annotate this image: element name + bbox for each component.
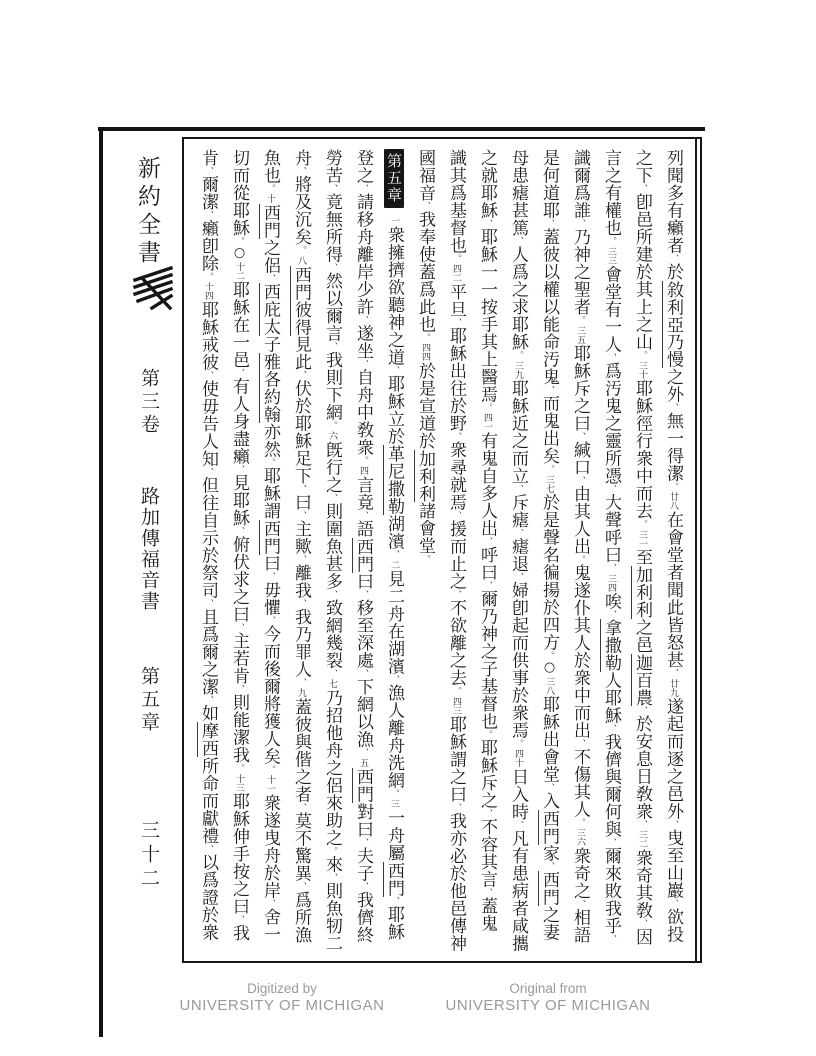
chapter-heading-box: 第五章 bbox=[384, 149, 404, 208]
verse-number: 八 bbox=[296, 256, 306, 265]
verse-number: 四 bbox=[358, 466, 368, 475]
scan-edge-top bbox=[98, 127, 705, 131]
verse-number: 三 bbox=[389, 799, 399, 808]
proper-name: 約翰 bbox=[259, 388, 280, 423]
verse-number: 三三 bbox=[606, 247, 616, 265]
scan-edge-left bbox=[99, 127, 103, 1037]
verse-number: 四一 bbox=[482, 413, 492, 431]
proper-name: 乃慢 bbox=[662, 333, 683, 368]
verse-number: 五 bbox=[358, 758, 368, 767]
verse-number: 三一 bbox=[637, 530, 647, 548]
verse-number: 四四 bbox=[420, 343, 430, 361]
verse-number: 九 bbox=[296, 688, 306, 697]
verse-number: 三四 bbox=[606, 574, 616, 592]
verse-number: 三八 bbox=[544, 677, 554, 695]
text-column: 是何道耶、蓋彼以權以能命汚鬼、而鬼出矣。三七於是聲名徧揚於四方。○三八耶穌出會堂… bbox=[534, 149, 564, 952]
volume-label: 第三卷 bbox=[136, 368, 163, 437]
text-column: 列聞多有癩者、於敘利亞乃慢之外、無一得潔。廿八在會堂者聞此皆怒甚、廿九遂起而逐之… bbox=[658, 149, 688, 952]
verse-number: 廿九 bbox=[668, 679, 678, 697]
frame-inner-rule bbox=[695, 139, 697, 961]
verse-number: 四十 bbox=[513, 749, 523, 767]
proper-name: 西庇太 bbox=[259, 283, 280, 336]
proper-name: 西門 bbox=[352, 768, 373, 803]
text-columns: 列聞多有癩者、於敘利亞乃慢之外、無一得潔。廿八在會堂者聞此皆怒甚、廿九遂起而逐之… bbox=[190, 149, 688, 952]
verse-number: 四二 bbox=[451, 264, 461, 282]
verse-number: 三五 bbox=[575, 326, 585, 344]
verse-number: 十 bbox=[265, 194, 275, 203]
verse-number: 三九 bbox=[513, 361, 523, 379]
text-column: 登之、請移舟離岸少許、遂坐、自舟中敎衆。四言竟、語西門曰、移至深處、下網以漁、五… bbox=[348, 149, 378, 952]
text-column: 第五章一衆擁擠欲聽神之道、耶穌立於革尼撒勒湖濱、二見二舟在湖濱、漁人離舟洗網。三… bbox=[379, 149, 409, 952]
verse-number: 七 bbox=[327, 679, 337, 688]
proper-name: 西門 bbox=[538, 871, 559, 906]
book-title: 新約全書 bbox=[131, 156, 164, 268]
verse-number: 廿八 bbox=[668, 492, 678, 510]
verse-number: 十三 bbox=[234, 774, 244, 792]
verse-number: 一 bbox=[389, 216, 399, 225]
digitized-by-line: Digitized by bbox=[162, 981, 402, 997]
text-column: 識其爲基督也。四二平旦、耶穌出往於野、衆尋就焉、援而止之、不欲離之去。四三耶穌謂… bbox=[441, 149, 471, 952]
verse-number: 二 bbox=[389, 560, 399, 569]
proper-name: 西門 bbox=[538, 810, 559, 845]
text-column: 之下、卽邑所建於其上之山。三十耶穌徑行衆中而去。三一至加利利之邑迦百農、於安息日… bbox=[627, 149, 657, 952]
scanned-page: 新約全書 第三卷 路加傳福音書 第五章 三十二 列聞多有癩者、於敘利亞乃慢之外、… bbox=[0, 0, 816, 1056]
proper-name: 加利利 bbox=[631, 566, 652, 619]
proper-name: 敘利亞 bbox=[662, 281, 683, 334]
gospel-title: 路加傳福音書 bbox=[136, 486, 163, 612]
text-column: 之就耶穌、耶穌一一按手其上醫焉。四一有鬼自多人出、呼曰、爾乃神之子基督也。耶穌斥… bbox=[472, 149, 502, 952]
proper-name: 西門 bbox=[383, 862, 404, 897]
proper-name: 彼得 bbox=[290, 301, 311, 336]
proper-name: 加利利 bbox=[414, 450, 435, 503]
text-column: 舟、將及沉矣。八西門彼得見此、伏於耶穌足下、曰、主歟、離我、我乃罪人、九蓋彼與偕… bbox=[286, 149, 316, 952]
text-column: 言之有權也。三三會堂有一人、爲汚鬼之靈所憑、大聲呼曰、三四唉、拿撒勒人耶穌、我儕… bbox=[596, 149, 626, 952]
proper-name: 西門 bbox=[259, 520, 280, 555]
digitized-by-credit: Digitized by UNIVERSITY OF MICHIGAN bbox=[162, 981, 402, 1014]
verse-number: 六 bbox=[327, 431, 337, 440]
verse-number: 十四 bbox=[203, 282, 213, 300]
chapter-label: 第五章 bbox=[136, 666, 163, 735]
verse-number: 四三 bbox=[451, 697, 461, 715]
text-column: 肯、爾潔、癩卽除。十四耶穌戒彼、使毋告人知、但往自示於祭司、且爲爾之潔、如摩西所… bbox=[193, 149, 223, 952]
verse-number: 三六 bbox=[575, 828, 585, 846]
proper-name: 西門 bbox=[290, 266, 311, 301]
page-number: 三十二 bbox=[136, 820, 163, 892]
verse-number: 三二 bbox=[637, 830, 647, 848]
proper-name: 西門 bbox=[352, 538, 373, 573]
verse-number: 三七 bbox=[544, 475, 554, 493]
text-column: 母患瘧甚篤、人爲之求耶穌。三九耶穌近之而立、斥瘧、瘧退、婦卽起而供事於衆焉。四十… bbox=[503, 149, 533, 952]
proper-name: 拿撒勒 bbox=[600, 619, 621, 672]
text-frame: 列聞多有癩者、於敘利亞乃慢之外、無一得潔。廿八在會堂者聞此皆怒甚、廿九遂起而逐之… bbox=[182, 137, 702, 963]
text-column: 國福音、我奉使蓋爲此也。四四於是宣道於加利利諸會堂。 bbox=[410, 149, 440, 952]
text-column: 魚也。十西門之侶、西庇太子雅各約翰亦然。耶穌謂西門曰、毋懼、今而後爾將獲人矣。十… bbox=[255, 149, 285, 952]
text-column: 識爾爲誰、乃神之聖者。三五耶穌斥之曰、緘口、由其人出。鬼遂仆其人於衆中而出、不傷… bbox=[565, 149, 595, 952]
verse-number: 三十 bbox=[637, 361, 647, 379]
verse-number: 十二 bbox=[234, 262, 244, 280]
proper-name: 雅各 bbox=[259, 353, 280, 388]
proper-name: 革尼撒勒 bbox=[383, 445, 404, 515]
text-column: 切而從耶穌。○十二耶穌在一邑、有人身盡癩、見耶穌、俯伏求之曰、主若肯、則能潔我。… bbox=[224, 149, 254, 952]
section-ornament-icon bbox=[130, 264, 176, 312]
section-circle: ○ bbox=[232, 246, 247, 262]
original-from-line: Original from bbox=[428, 981, 668, 997]
digitized-by-org: UNIVERSITY OF MICHIGAN bbox=[162, 997, 402, 1014]
proper-name: 迦百農 bbox=[631, 654, 652, 707]
proper-name: 摩西 bbox=[197, 722, 218, 757]
original-from-credit: Original from UNIVERSITY OF MICHIGAN bbox=[428, 981, 668, 1014]
original-from-org: UNIVERSITY OF MICHIGAN bbox=[428, 997, 668, 1014]
proper-name: 西門 bbox=[259, 204, 280, 239]
verse-number: 十一 bbox=[265, 775, 275, 793]
section-circle: ○ bbox=[542, 660, 557, 676]
text-column: 勞苦、竟無所得、然以爾言、我則下網。六旣行之、則圍魚甚多、致網幾裂、七乃招他舟之… bbox=[317, 149, 347, 952]
